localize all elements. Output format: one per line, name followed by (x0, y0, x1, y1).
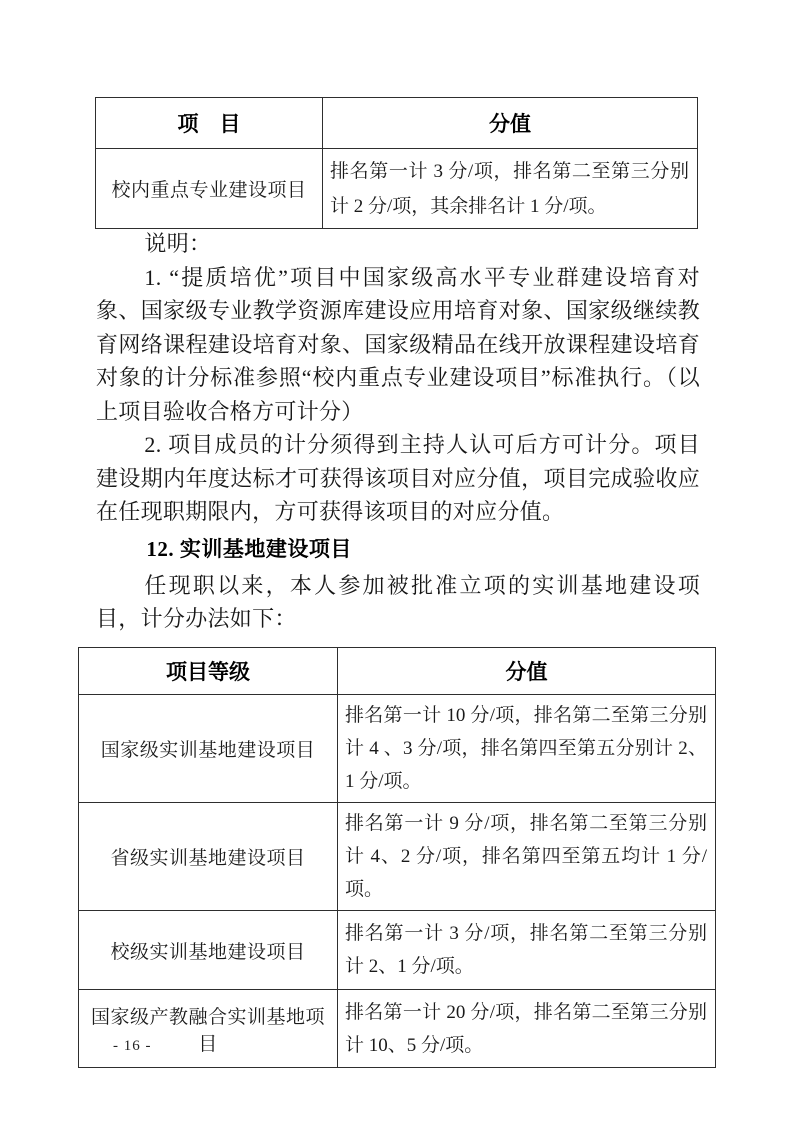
table2-header-level: 项目等级 (79, 648, 338, 695)
table2-row3-value: 排名第一计 3 分/项，排名第二至第三分别计 2、1 分/项。 (338, 911, 716, 990)
table-header-row: 项目等级 分值 (79, 648, 716, 695)
table1-header-item: 项 目 (96, 98, 323, 149)
section-intro: 任现职以来，本人参加被批准立项的实训基地建设项目，计分办法如下： (96, 569, 700, 636)
table2-header-score: 分值 (338, 648, 716, 695)
page-number: - 16 - (113, 1038, 152, 1055)
table-header-row: 项 目 分值 (96, 98, 698, 149)
notes-title: 说明： (96, 227, 700, 261)
project-score-table: 项 目 分值 校内重点专业建设项目 排名第一计 3 分/项，排名第二至第三分别计… (95, 97, 698, 229)
training-base-score-table: 项目等级 分值 国家级实训基地建设项目 排名第一计 10 分/项，排名第二至第三… (78, 647, 716, 1068)
note-item-2: 2. 项目成员的计分须得到主持人认可后方可计分。项目建设期内年度达标才可获得该项… (96, 428, 700, 529)
table2-row4-label: 国家级产教融合实训基地项目 (79, 990, 338, 1068)
table-row: 校级实训基地建设项目 排名第一计 3 分/项，排名第二至第三分别计 2、1 分/… (79, 911, 716, 990)
document-page: 项 目 分值 校内重点专业建设项目 排名第一计 3 分/项，排名第二至第三分别计… (0, 0, 793, 1122)
table2-row3-label: 校级实训基地建设项目 (79, 911, 338, 990)
table1-header-score: 分值 (323, 98, 698, 149)
section-heading: 12. 实训基地建设项目 (96, 531, 700, 567)
body-text: 说明： 1. “提质培优”项目中国家级高水平专业群建设培育对象、国家级专业教学资… (96, 227, 700, 636)
table2-row2-label: 省级实训基地建设项目 (79, 803, 338, 911)
table-row: 省级实训基地建设项目 排名第一计 9 分/项，排名第二至第三分别计 4、2 分/… (79, 803, 716, 911)
table1-row-label: 校内重点专业建设项目 (96, 149, 323, 229)
table2-row4-value: 排名第一计 20 分/项，排名第二至第三分别计 10、5 分/项。 (338, 990, 716, 1068)
table2-row1-label: 国家级实训基地建设项目 (79, 695, 338, 803)
table-row: 国家级产教融合实训基地项目 排名第一计 20 分/项，排名第二至第三分别计 10… (79, 990, 716, 1068)
table2-row1-value: 排名第一计 10 分/项，排名第二至第三分别计 4 、3 分/项，排名第四至第五… (338, 695, 716, 803)
table1-row-value: 排名第一计 3 分/项，排名第二至第三分别计 2 分/项，其余排名计 1 分/项… (323, 149, 698, 229)
table-row: 校内重点专业建设项目 排名第一计 3 分/项，排名第二至第三分别计 2 分/项，… (96, 149, 698, 229)
table2-row2-value: 排名第一计 9 分/项，排名第二至第三分别计 4、2 分/项，排名第四至第五均计… (338, 803, 716, 911)
table-row: 国家级实训基地建设项目 排名第一计 10 分/项，排名第二至第三分别计 4 、3… (79, 695, 716, 803)
note-item-1: 1. “提质培优”项目中国家级高水平专业群建设培育对象、国家级专业教学资源库建设… (96, 261, 700, 429)
